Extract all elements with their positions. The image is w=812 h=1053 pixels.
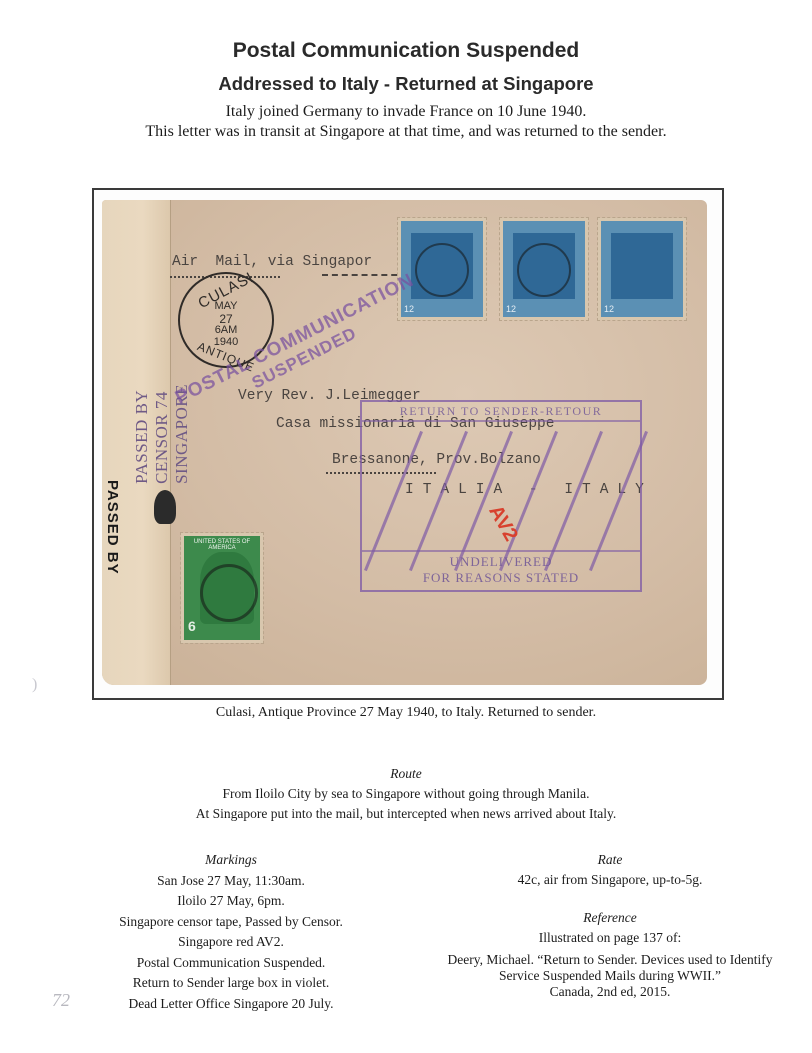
marking-line: Dead Letter Office Singapore 20 July. xyxy=(100,994,362,1015)
marking-line: Postal Communication Suspended. xyxy=(100,953,362,974)
philippines-stamp: 12 xyxy=(500,218,588,320)
section-heading: Reference xyxy=(430,910,790,926)
page-subtitle: Addressed to Italy - Returned at Singapo… xyxy=(0,73,812,95)
cancel-icon xyxy=(517,243,571,297)
stamp-value: 6 xyxy=(188,618,196,634)
reference-line: Deery, Michael. “Return to Sender. Devic… xyxy=(430,952,790,968)
reference-section: Reference Illustrated on page 137 of: De… xyxy=(430,910,790,1000)
return-box-header: RETURN TO SENDER-RETOUR xyxy=(362,402,640,422)
reference-line: Service Suspended Mails during WWII.” xyxy=(430,968,790,984)
map-icon xyxy=(611,233,673,299)
censor-line: CENSOR 74 xyxy=(152,384,172,484)
stamp-country: UNITED STATES OF AMERICA xyxy=(184,539,260,551)
pencil-mark: ) xyxy=(32,676,37,694)
us-stamp: UNITED STATES OF AMERICA 6 xyxy=(181,533,263,643)
pencil-page-number: 72 xyxy=(52,990,70,1011)
marking-line: Return to Sender large box in violet. xyxy=(100,973,362,994)
marking-line: San Jose 27 May, 11:30am. xyxy=(100,871,362,892)
censor-tape-text: PASSED BY xyxy=(104,480,121,575)
section-heading: Route xyxy=(0,764,812,784)
airmail-endorsement: Air Mail, via Singapor xyxy=(172,254,372,270)
marking-line: Singapore red AV2. xyxy=(100,932,362,953)
marking-line: Iloilo 27 May, 6pm. xyxy=(100,891,362,912)
censor-line: PASSED BY xyxy=(132,384,152,484)
intro-line: Italy joined Germany to invade France on… xyxy=(0,102,812,122)
return-box-footer-line: UNDELIVERED xyxy=(362,554,640,570)
section-heading: Rate xyxy=(430,850,790,870)
return-box-footer-line: FOR REASONS STATED xyxy=(362,570,640,586)
return-box-footer: UNDELIVERED FOR REASONS STATED xyxy=(362,550,640,590)
intro-line: This letter was in transit at Singapore … xyxy=(0,122,812,142)
stamp-value: 12 xyxy=(506,304,516,314)
cancel-icon xyxy=(200,564,258,622)
intro-text: Italy joined Germany to invade France on… xyxy=(0,102,812,142)
page-title: Postal Communication Suspended xyxy=(0,39,812,63)
postmark-time: 6AM xyxy=(180,324,272,336)
route-section: Route From Iloilo City by sea to Singapo… xyxy=(0,764,812,824)
route-line: From Iloilo City by sea to Singapore wit… xyxy=(0,784,812,804)
route-line: At Singapore put into the mail, but inte… xyxy=(0,804,812,824)
reference-line: Canada, 2nd ed, 2015. xyxy=(430,984,790,1000)
philippines-stamp: 12 xyxy=(598,218,686,320)
cover-caption: Culasi, Antique Province 27 May 1940, to… xyxy=(0,705,812,721)
markings-section: Markings San Jose 27 May, 11:30am. Iloil… xyxy=(100,850,362,1014)
marking-line: Singapore censor tape, Passed by Censor. xyxy=(100,912,362,933)
crown-icon xyxy=(154,490,176,524)
postmark-month: MAY xyxy=(180,300,272,312)
rate-section: Rate 42c, air from Singapore, up-to-5g. xyxy=(430,850,790,890)
stamp-value: 12 xyxy=(604,304,614,314)
section-heading: Markings xyxy=(100,850,362,871)
cancel-icon xyxy=(415,243,469,297)
reference-line: Illustrated on page 137 of: xyxy=(430,930,790,946)
return-to-sender-box: RETURN TO SENDER-RETOUR UNDELIVERED FOR … xyxy=(360,400,642,592)
envelope-image: PASSED BY PASSED BY CENSOR 74 SINGAPORE … xyxy=(102,200,707,685)
rate-text: 42c, air from Singapore, up-to-5g. xyxy=(430,870,790,890)
